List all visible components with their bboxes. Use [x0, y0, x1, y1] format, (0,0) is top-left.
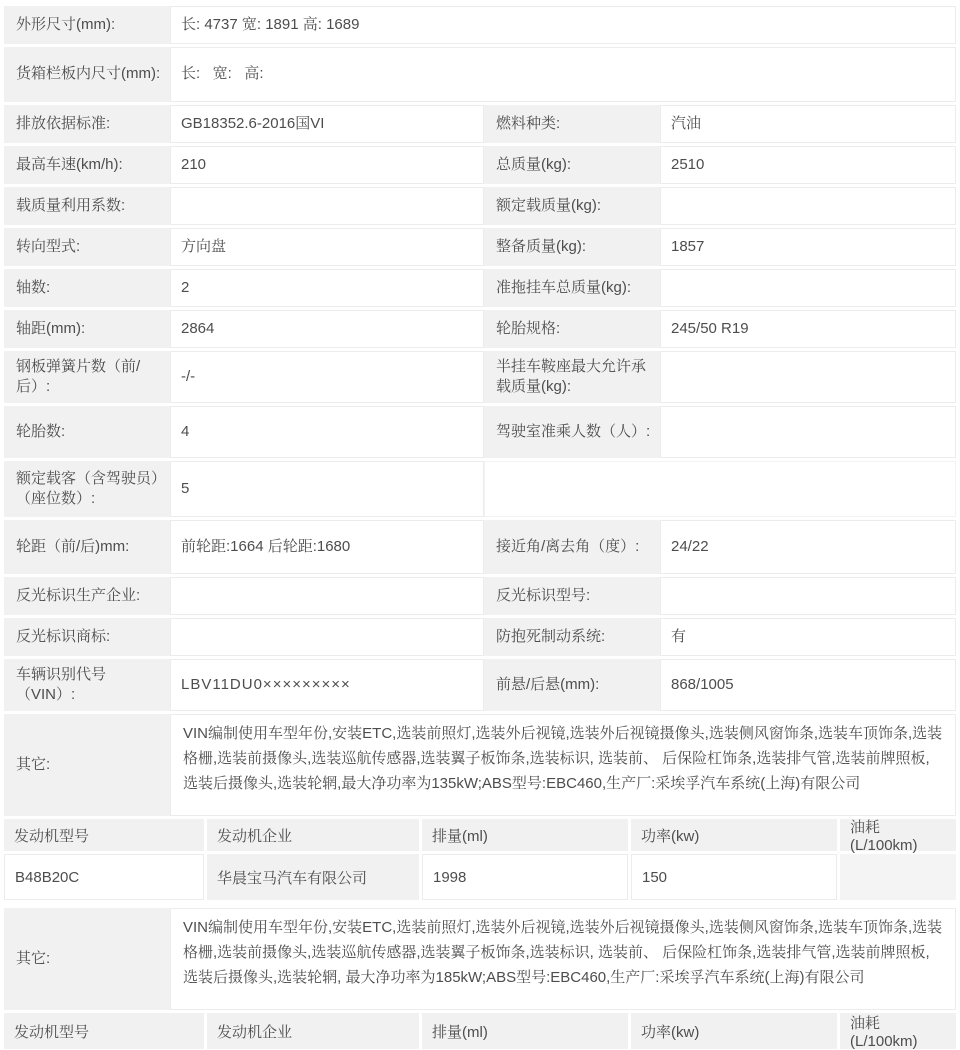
spec-row: 载质量利用系数: 额定载质量(kg):	[4, 187, 956, 225]
spec-value-right: 汽油	[660, 105, 956, 143]
spec-row: 车辆识别代号（VIN）: LBV11DU0××××××××× 前悬/后悬(mm)…	[4, 659, 956, 711]
spec-value-left: -/-	[170, 351, 484, 403]
spec-row: 转向型式: 方向盘 整备质量(kg): 1857	[4, 228, 956, 266]
spec-label-right: 轮胎规格:	[484, 310, 660, 348]
spec-label-left: 排放依据标准:	[4, 105, 170, 143]
spec-label-left: 货箱栏板内尺寸(mm):	[4, 47, 170, 102]
other-label: 其它:	[4, 908, 170, 1010]
engine-header-cell: 发动机型号	[4, 1013, 204, 1049]
spec-row: 轴距(mm): 2864 轮胎规格: 245/50 R19	[4, 310, 956, 348]
spec-empty-cell	[484, 461, 956, 517]
engine-header-cell: 排量(ml)	[422, 1013, 628, 1049]
engine-displacement-cell: 1998	[422, 854, 628, 900]
spec-label-left: 车辆识别代号（VIN）:	[4, 659, 170, 711]
spec-row: 轮胎数: 4 驾驶室准乘人数（人）:	[4, 406, 956, 458]
spec-value-left	[170, 187, 484, 225]
engine-header-cell: 发动机企业	[207, 1013, 419, 1049]
spec-label-right: 防抱死制动系统:	[484, 618, 660, 656]
engine-model-cell: B48B20C	[4, 854, 204, 900]
spec-row: 外形尺寸(mm): 长: 4737 宽: 1891 高: 1689	[4, 6, 956, 44]
spec-value-left: 前轮距:1664 后轮距:1680	[170, 520, 484, 574]
spec-value-right	[660, 406, 956, 458]
spec-row: 额定载客（含驾驶员）（座位数）: 5	[4, 461, 956, 517]
other-text: VIN编制使用车型年份,安装ETC,选装前照灯,选装外后视镜,选装外后视镜摄像头…	[170, 908, 956, 1010]
other-row: 其它: VIN编制使用车型年份,安装ETC,选装前照灯,选装外后视镜,选装外后视…	[4, 714, 956, 816]
spec-value-left	[170, 618, 484, 656]
vehicle-spec-sheet: 外形尺寸(mm): 长: 4737 宽: 1891 高: 1689 货箱栏板内尺…	[0, 0, 960, 1049]
spec-value-left: 4	[170, 406, 484, 458]
other-row: 其它: VIN编制使用车型年份,安装ETC,选装前照灯,选装外后视镜,选装外后视…	[4, 908, 956, 1010]
spec-value-right	[660, 351, 956, 403]
spec-value-right	[660, 269, 956, 307]
spec-value-left: 5	[170, 461, 484, 517]
spec-value-right: 2510	[660, 146, 956, 184]
spec-row: 轮距（前/后)mm: 前轮距:1664 后轮距:1680 接近角/离去角（度）:…	[4, 520, 956, 574]
spec-label-right: 额定载质量(kg):	[484, 187, 660, 225]
spec-label-left: 轴距(mm):	[4, 310, 170, 348]
spec-value-left: 2864	[170, 310, 484, 348]
engine-header-cell: 功率(kw)	[631, 1013, 837, 1049]
spec-label-right: 总质量(kg):	[484, 146, 660, 184]
spec-row: 反光标识生产企业: 反光标识型号:	[4, 577, 956, 615]
spec-label-left: 轴数:	[4, 269, 170, 307]
spec-row: 轴数: 2 准拖挂车总质量(kg):	[4, 269, 956, 307]
other-text: VIN编制使用车型年份,安装ETC,选装前照灯,选装外后视镜,选装外后视镜摄像头…	[170, 714, 956, 816]
spec-label-left: 反光标识商标:	[4, 618, 170, 656]
engine-table-row: B48B20C 华晨宝马汽车有限公司 1998 150	[4, 854, 956, 900]
spec-value-left: 长: 宽: 高:	[170, 47, 956, 102]
engine-header-cell: 油耗(L/100km)	[840, 819, 956, 851]
spec-label-left: 反光标识生产企业:	[4, 577, 170, 615]
engine-maker-cell: 华晨宝马汽车有限公司	[207, 854, 419, 900]
spec-value-right: 24/22	[660, 520, 956, 574]
spec-value-right: 有	[660, 618, 956, 656]
spec-label-right: 驾驶室准乘人数（人）:	[484, 406, 660, 458]
spec-value-right: 1857	[660, 228, 956, 266]
spec-label-left: 外形尺寸(mm):	[4, 6, 170, 44]
engine-header-cell: 发动机型号	[4, 819, 204, 851]
engine-header-cell: 发动机企业	[207, 819, 419, 851]
engine-header-cell: 油耗(L/100km)	[840, 1013, 956, 1049]
spec-value-left: 方向盘	[170, 228, 484, 266]
spec-label-right: 燃料种类:	[484, 105, 660, 143]
spec-value-right	[660, 187, 956, 225]
spec-value-left	[170, 577, 484, 615]
spec-label-right: 准拖挂车总质量(kg):	[484, 269, 660, 307]
spec-label-left: 最高车速(km/h):	[4, 146, 170, 184]
spec-value-right: 868/1005	[660, 659, 956, 711]
spec-value-left: GB18352.6-2016国VI	[170, 105, 484, 143]
engine-power-cell: 150	[631, 854, 837, 900]
spec-row: 货箱栏板内尺寸(mm): 长: 宽: 高:	[4, 47, 956, 102]
spec-label-left: 钢板弹簧片数（前/后）:	[4, 351, 170, 403]
vin-value: LBV11DU0×××××××××	[170, 659, 484, 711]
spec-label-left: 载质量利用系数:	[4, 187, 170, 225]
spec-value-left: 2	[170, 269, 484, 307]
spec-label-left: 转向型式:	[4, 228, 170, 266]
engine-header-cell: 功率(kw)	[631, 819, 837, 851]
spec-label-right: 半挂车鞍座最大允许承载质量(kg):	[484, 351, 660, 403]
spec-label-right: 前悬/后悬(mm):	[484, 659, 660, 711]
other-label: 其它:	[4, 714, 170, 816]
spec-label-right: 接近角/离去角（度）:	[484, 520, 660, 574]
spec-value-left: 210	[170, 146, 484, 184]
spec-value-right: 245/50 R19	[660, 310, 956, 348]
spec-row: 最高车速(km/h): 210 总质量(kg): 2510	[4, 146, 956, 184]
spec-row: 钢板弹簧片数（前/后）: -/- 半挂车鞍座最大允许承载质量(kg):	[4, 351, 956, 403]
engine-header-cell: 排量(ml)	[422, 819, 628, 851]
spec-label-left: 轮胎数:	[4, 406, 170, 458]
spec-label-right: 反光标识型号:	[484, 577, 660, 615]
engine-table-header: 发动机型号 发动机企业 排量(ml) 功率(kw) 油耗(L/100km)	[4, 1013, 956, 1049]
spec-value-left: 长: 4737 宽: 1891 高: 1689	[170, 6, 956, 44]
spec-label-right: 整备质量(kg):	[484, 228, 660, 266]
spec-row: 反光标识商标: 防抱死制动系统: 有	[4, 618, 956, 656]
spec-row: 排放依据标准: GB18352.6-2016国VI 燃料种类: 汽油	[4, 105, 956, 143]
spec-label-left: 额定载客（含驾驶员）（座位数）:	[4, 461, 170, 517]
engine-table-header: 发动机型号 发动机企业 排量(ml) 功率(kw) 油耗(L/100km)	[4, 819, 956, 851]
engine-fuel-cell	[840, 854, 956, 900]
spec-value-right	[660, 577, 956, 615]
spec-label-left: 轮距（前/后)mm:	[4, 520, 170, 574]
